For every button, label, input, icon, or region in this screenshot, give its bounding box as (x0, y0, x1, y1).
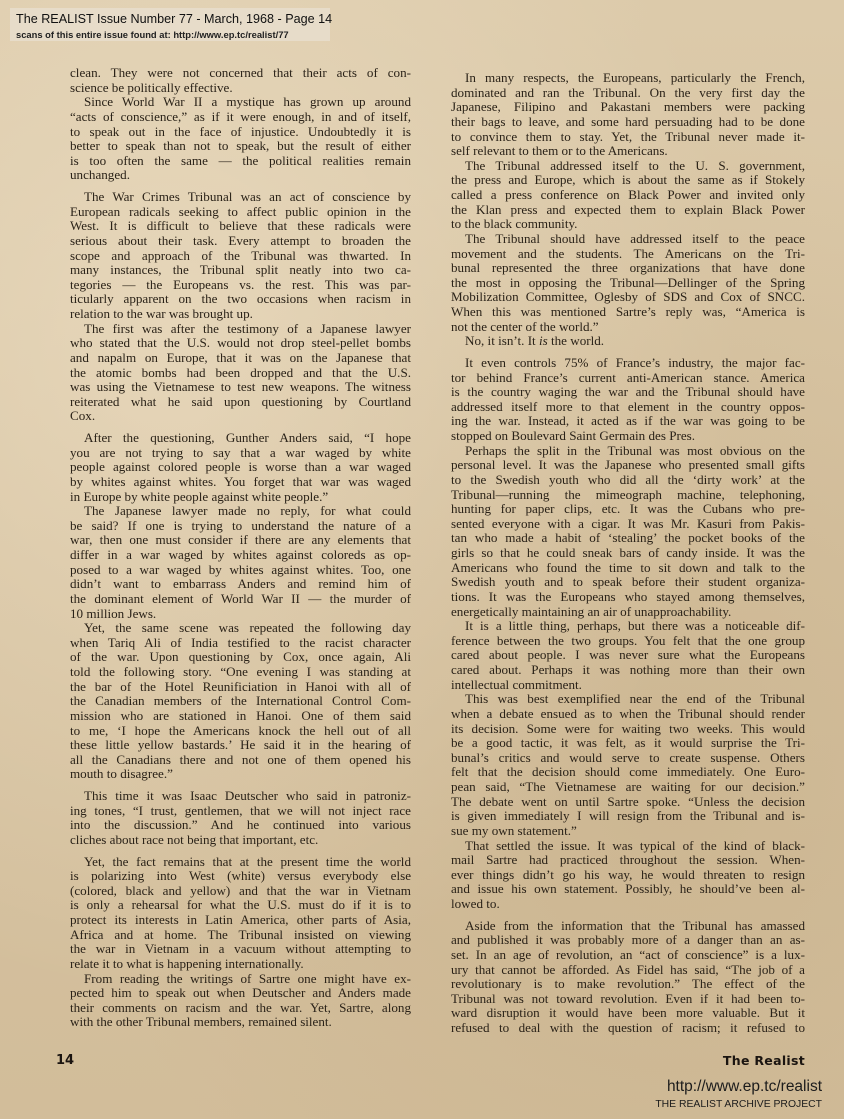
text-line: posed to a war waged by whites against w… (56, 563, 411, 578)
text-line: reiterated what he said upon questioning… (56, 395, 411, 410)
text-line: to convince them to stay. Yet, the Tribu… (437, 130, 805, 145)
text-line: and issue his own statement. Possibly, h… (437, 882, 805, 897)
text-line: with the other Tribunal members, remaine… (56, 1015, 411, 1030)
text-line: tions. It was the Europeans who stayed a… (437, 590, 805, 605)
text-line: Japanese, Filipino and Pakastani members… (437, 100, 805, 115)
text-line: relate it to what is happening internati… (56, 957, 411, 972)
text-line: be said? If one is trying to understand … (56, 519, 411, 534)
text-line: This was best exemplified near the end o… (437, 692, 805, 707)
text-line: West. It is difficult to believe that th… (56, 219, 411, 234)
text-line: Cox. (56, 409, 411, 424)
article-paragraph: After the questioning, Gunther Anders sa… (56, 431, 411, 504)
text-line: The Tribunal addressed itself to the U. … (437, 159, 805, 174)
archive-url-link[interactable]: http://www.ep.tc/realist (667, 1078, 822, 1096)
text-line: mouth to disagree.” (56, 767, 411, 782)
text-line: Mobilization Committee, Oglesby of SDS a… (437, 290, 805, 305)
article-paragraph: That settled the issue. It was typical o… (437, 839, 805, 912)
text-line: is the country waging the war and the Tr… (437, 385, 805, 400)
text-line: is given immediately I will resign from … (437, 809, 805, 824)
text-line: It even controls 75% of France’s industr… (437, 356, 805, 371)
text-line: and napalm on Europe, that it was on the… (56, 351, 411, 366)
text-line: Tribunal—running the mimeograph machine,… (437, 488, 805, 503)
text-line: The War Crimes Tribunal was an act of co… (56, 190, 411, 205)
text-line: (colored, black and yellow) and that the… (56, 884, 411, 899)
text-line: the press and Europe, which is about the… (437, 173, 805, 188)
text-line: to speak out in the face of injustice. U… (56, 125, 411, 140)
text-line: After the questioning, Gunther Anders sa… (56, 431, 411, 446)
text-line: protect its interests in Latin America, … (56, 913, 411, 928)
text-line: called a press conference on Black Power… (437, 188, 805, 203)
text-line: all the Canadians there and not one of t… (56, 753, 411, 768)
article-column-right: In many respects, the Europeans, particu… (437, 71, 805, 1036)
text-line: to the Swedish youth who did all the ‘di… (437, 473, 805, 488)
text-line: ticularly apparent on the two occasions … (56, 292, 411, 307)
text-line: by whites against whites. You forget tha… (56, 475, 411, 490)
text-line: ever things didn’t go his way, he would … (437, 868, 805, 883)
article-paragraph: From reading the writings of Sartre one … (56, 972, 411, 1031)
text-line: When this was mentioned Sartre’s reply w… (437, 305, 805, 320)
issue-scans-link[interactable]: scans of this entire issue found at: htt… (16, 29, 289, 40)
text-line: cared about people. I was never sure wha… (437, 648, 805, 663)
text-line: the Canadian members of the Internationa… (56, 694, 411, 709)
page-number: 14 (56, 1053, 74, 1068)
text-line: when a debate ensued as to when the Trib… (437, 707, 805, 722)
text-line: The first was after the testimony of a J… (56, 322, 411, 337)
text-line: self relevant to them or to the American… (437, 144, 805, 159)
text-line: Yet, the fact remains that at the presen… (56, 855, 411, 870)
text-line: “acts of conscience,” as if it were enou… (56, 110, 411, 125)
article-paragraph: Yet, the same scene was repeated the fol… (56, 621, 411, 782)
text-line: movement and the students. The Americans… (437, 247, 805, 262)
text-line: dominated and ran the Tribunal. On the v… (437, 86, 805, 101)
text-line: to me, ‘I hope the Americans knock the h… (56, 724, 411, 739)
text-line: lowed to. (437, 897, 805, 912)
text-line: energetically maintaining an air of unap… (437, 605, 805, 620)
text-line: the atomic bombs had been dropped and th… (56, 366, 411, 381)
text-line: in Europe by white people against white … (56, 490, 411, 505)
text-line: their comments on racism and the war. Ye… (56, 1001, 411, 1016)
text-line: That settled the issue. It was typical o… (437, 839, 805, 854)
article-paragraph: The Tribunal should have addressed itsel… (437, 232, 805, 334)
text-line: sue my own statement.” (437, 824, 805, 839)
text-line: these little yellow bastards.’ He said i… (56, 738, 411, 753)
text-line: relation to the war was brought up. (56, 307, 411, 322)
text-line: tor behind France’s current anti-America… (437, 371, 805, 386)
text-line: differ in a war waged by whites against … (56, 548, 411, 563)
text-line: clean. They were not concerned that thei… (56, 66, 411, 81)
text-line: personal level. It was the Japanese who … (437, 458, 805, 473)
text-line: mail Sartre had practiced throughout the… (437, 853, 805, 868)
text-line: to the black community. (437, 217, 805, 232)
article-paragraph: The first was after the testimony of a J… (56, 322, 411, 424)
text-line: stopped on Boulevard Saint Germain des P… (437, 429, 805, 444)
text-line: Africa and at home. The Tribunal insiste… (56, 928, 411, 943)
text-line: addressed itself more to that element in… (437, 400, 805, 415)
article-paragraph: This was best exemplified near the end o… (437, 692, 805, 838)
text-line: 10 million Jews. (56, 607, 411, 622)
text-line: From reading the writings of Sartre one … (56, 972, 411, 987)
text-line: Swedish youth and to speak before their … (437, 575, 805, 590)
archive-project-name: THE REALIST ARCHIVE PROJECT (655, 1099, 822, 1110)
text-line: This time it was Isaac Deutscher who sai… (56, 789, 411, 804)
text-line: pean said, “The Vietnamese are waiting f… (437, 780, 805, 795)
text-line: better to speak than not to speak, but t… (56, 139, 411, 154)
text-line: didn’t want to embarrass Anders and remi… (56, 577, 411, 592)
text-line: be a good tactic, it was felt, as it wou… (437, 736, 805, 751)
text-line: In many respects, the Europeans, particu… (437, 71, 805, 86)
text-line: the bar of the Hotel Reunificiation in H… (56, 680, 411, 695)
text-line: scope and approach of the Tribunal was t… (56, 249, 411, 264)
text-line: Aside from the information that the Trib… (437, 919, 805, 934)
publication-name: The Realist (723, 1053, 805, 1068)
text-line: cared about. Perhaps it was nothing more… (437, 663, 805, 678)
text-line: The debate went on until Sartre spoke. “… (437, 795, 805, 810)
text-line: when Tariq Ali of India testified to the… (56, 636, 411, 651)
issue-title: The REALIST Issue Number 77 - March, 196… (16, 12, 332, 26)
text-line: bunal represented the three organization… (437, 261, 805, 276)
text-line: Americans who found the time to sit down… (437, 561, 805, 576)
archive-header-banner: The REALIST Issue Number 77 - March, 196… (10, 8, 330, 41)
text-line: ury that cannot be afforded. As Fidel ha… (437, 963, 805, 978)
text-line: of the war. Upon questioning by Cox, onc… (56, 650, 411, 665)
text-line: you are not trying to say that a war wag… (56, 446, 411, 461)
article-paragraph: This time it was Isaac Deutscher who sai… (56, 789, 411, 848)
text-line: ward disruption it would have been more … (437, 1006, 805, 1021)
text-line: mission who are stationed in Hanoi. One … (56, 709, 411, 724)
text-line: ing tones, “I trust, gentlemen, that we … (56, 804, 411, 819)
article-paragraph: Since World War II a mystique has grown … (56, 95, 411, 183)
text-line: the most in opposing the Tribunal—Dellin… (437, 276, 805, 291)
article-column-left: clean. They were not concerned that thei… (56, 66, 411, 1030)
text-line: their bags to leave, and some hard persu… (437, 115, 805, 130)
text-line: the Klan press and expected them to expl… (437, 203, 805, 218)
text-line: its decision. Some were for waiting two … (437, 722, 805, 737)
text-line: was using the Vietnamese to test new wea… (56, 380, 411, 395)
text-line: pected him to speak out when Deutscher a… (56, 986, 411, 1001)
text-line: is polarizing into West (white) versus e… (56, 869, 411, 884)
text-line: cliches about race not being that import… (56, 833, 411, 848)
text-line: It is a little thing, perhaps, but there… (437, 619, 805, 634)
text-line: and published it was probably more of a … (437, 933, 805, 948)
text-line: Yet, the same scene was repeated the fol… (56, 621, 411, 636)
text-line: The Japanese lawyer made no reply, for w… (56, 504, 411, 519)
article-paragraph: In many respects, the Europeans, particu… (437, 71, 805, 159)
text-line: ference between the two groups. You felt… (437, 634, 805, 649)
text-line: war, then one must consider if there are… (56, 533, 411, 548)
text-line: sented everyone with a cigar. It was Mr.… (437, 517, 805, 532)
text-line: tegories — the Europeans vs. the rest. T… (56, 278, 411, 293)
text-line: the war in Vietnam in a vacuum without a… (56, 942, 411, 957)
article-paragraph: It even controls 75% of France’s industr… (437, 356, 805, 444)
article-paragraph: Yet, the fact remains that at the presen… (56, 855, 411, 972)
text-line: hunting for paper clips, etc. It was the… (437, 502, 805, 517)
article-paragraph: No, it isn’t. It is the world. (437, 334, 805, 349)
text-line: refused to deal with the question of rac… (437, 1021, 805, 1036)
text-line: European radicals seeking to affect publ… (56, 205, 411, 220)
text-line: told the following story. “One evening I… (56, 665, 411, 680)
text-line: not the center of the world.” (437, 320, 805, 335)
text-line: people against colored people is worse t… (56, 460, 411, 475)
article-paragraph: The Japanese lawyer made no reply, for w… (56, 504, 411, 621)
text-line: Tribunal was not toward revolution. Even… (437, 992, 805, 1007)
text-line: Perhaps the split in the Tribunal was mo… (437, 444, 805, 459)
text-line: serious about their task. Every attempt … (56, 234, 411, 249)
article-paragraph: The Tribunal addressed itself to the U. … (437, 159, 805, 232)
text-line: science be politically effective. (56, 81, 411, 96)
text-line: unchanged. (56, 168, 411, 183)
text-line: many instances, the Tribunal split neatl… (56, 263, 411, 278)
article-paragraph: clean. They were not concerned that thei… (56, 66, 411, 95)
text-line: revolutionary is to make revolution.” Th… (437, 977, 805, 992)
text-line: felt that the decision should come immed… (437, 765, 805, 780)
text-line: into the discussion.” And he continued i… (56, 818, 411, 833)
article-paragraph: The War Crimes Tribunal was an act of co… (56, 190, 411, 322)
article-paragraph: Aside from the information that the Trib… (437, 919, 805, 1036)
text-line: Since World War II a mystique has grown … (56, 95, 411, 110)
text-line: No, it isn’t. It is the world. (437, 334, 805, 349)
text-line: is only a rehearsal for what the U.S. mu… (56, 898, 411, 913)
article-paragraph: Perhaps the split in the Tribunal was mo… (437, 444, 805, 620)
text-line: tan who made a habit of ‘stealing’ the p… (437, 531, 805, 546)
text-line: ing the war. Instead, it acted as if the… (437, 414, 805, 429)
text-line: set. In an age of revolution, an “act of… (437, 948, 805, 963)
text-line: intellectual commitment. (437, 678, 805, 693)
text-line: girls so that he could sneak bars of can… (437, 546, 805, 561)
text-line: who stated that the U.S. would not drop … (56, 336, 411, 351)
text-line: the dominant element of World War II — t… (56, 592, 411, 607)
text-line: The Tribunal should have addressed itsel… (437, 232, 805, 247)
article-paragraph: It is a little thing, perhaps, but there… (437, 619, 805, 692)
text-line: is too often the same — the political re… (56, 154, 411, 169)
text-line: bunal’s critics and would serve to creat… (437, 751, 805, 766)
